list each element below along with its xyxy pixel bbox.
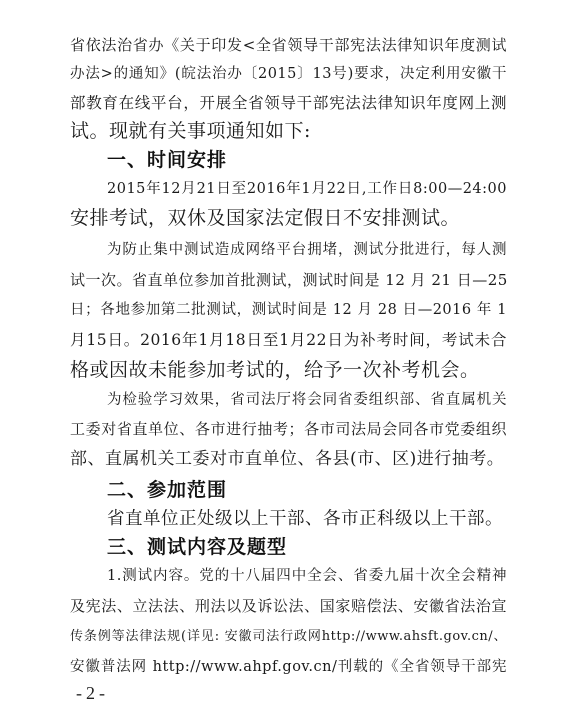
page-number: -2- [76, 683, 109, 704]
body-line-8: 为防止集中测试造成网络平台拥堵，测试分批进行，每人测 [107, 236, 507, 264]
body-line-19: 1.测试内容。党的十八届四中全会、省委九届十次全会精神 [107, 562, 507, 590]
body-line-15: 部、直属机关工委对市直单位、各县(市、区)进行抽考。 [70, 445, 507, 473]
body-line-13: 为检验学习效果，省司法厅将会同省委组织部、省直属机关 [107, 386, 507, 414]
body-line-17: 省直单位正处级以上干部、各市正科级以上干部。 [107, 505, 507, 533]
body-line-14: 工委对省直单位、各市进行抽考；各市司法局会同各市党委组织 [70, 415, 507, 443]
section-heading-scope: 二、参加范围 [107, 476, 507, 504]
body-line-12: 格或因故未能参加考试的，给予一次补考机会。 [70, 356, 507, 384]
document-page: 省依法治省办《关于印发<全省领导干部宪法法律知识年度测试 办法>的通知》(皖法治… [0, 0, 582, 714]
body-line-20: 及宪法、立法法、刑法以及诉讼法、国家赔偿法、安徽省法治宣 [70, 592, 507, 620]
body-line-2: 办法>的通知》(皖法治办〔2015〕13号)要求，决定利用安徽干 [70, 60, 507, 88]
body-line-22: 安徽普法网 http://www.ahpf.gov.cn/刊载的《全省领导干部宪 [70, 653, 507, 681]
body-line-3: 部教育在线平台，开展全省领导干部宪法法律知识年度网上测 [70, 89, 507, 117]
body-line-7: 安排考试，双休及国家法定假日不安排测试。 [70, 204, 507, 232]
body-line-4: 试。现就有关事项通知如下: [70, 117, 507, 145]
body-line-1: 省依法治省办《关于印发<全省领导干部宪法法律知识年度测试 [70, 31, 507, 59]
body-line-11: 月15日。2016年1月18日至1月22日为补考时间，考试未合 [70, 326, 507, 354]
section-heading-time: 一、时间安排 [107, 146, 507, 174]
body-line-6: 2015年12月21日至2016年1月22日,工作日8:00—24:00 [107, 175, 507, 203]
body-line-10: 日；各地参加第二批测试，测试时间是 12 月 28 日—2016 年 1 [70, 296, 507, 324]
body-line-9: 试一次。省直单位参加首批测试，测试时间是 12 月 21 日—25 [70, 266, 507, 294]
section-heading-content: 三、测试内容及题型 [107, 533, 507, 561]
body-line-21: 传条例等法律法规(详见: 安徽司法行政网http://www.ahsft.gov… [70, 623, 507, 651]
